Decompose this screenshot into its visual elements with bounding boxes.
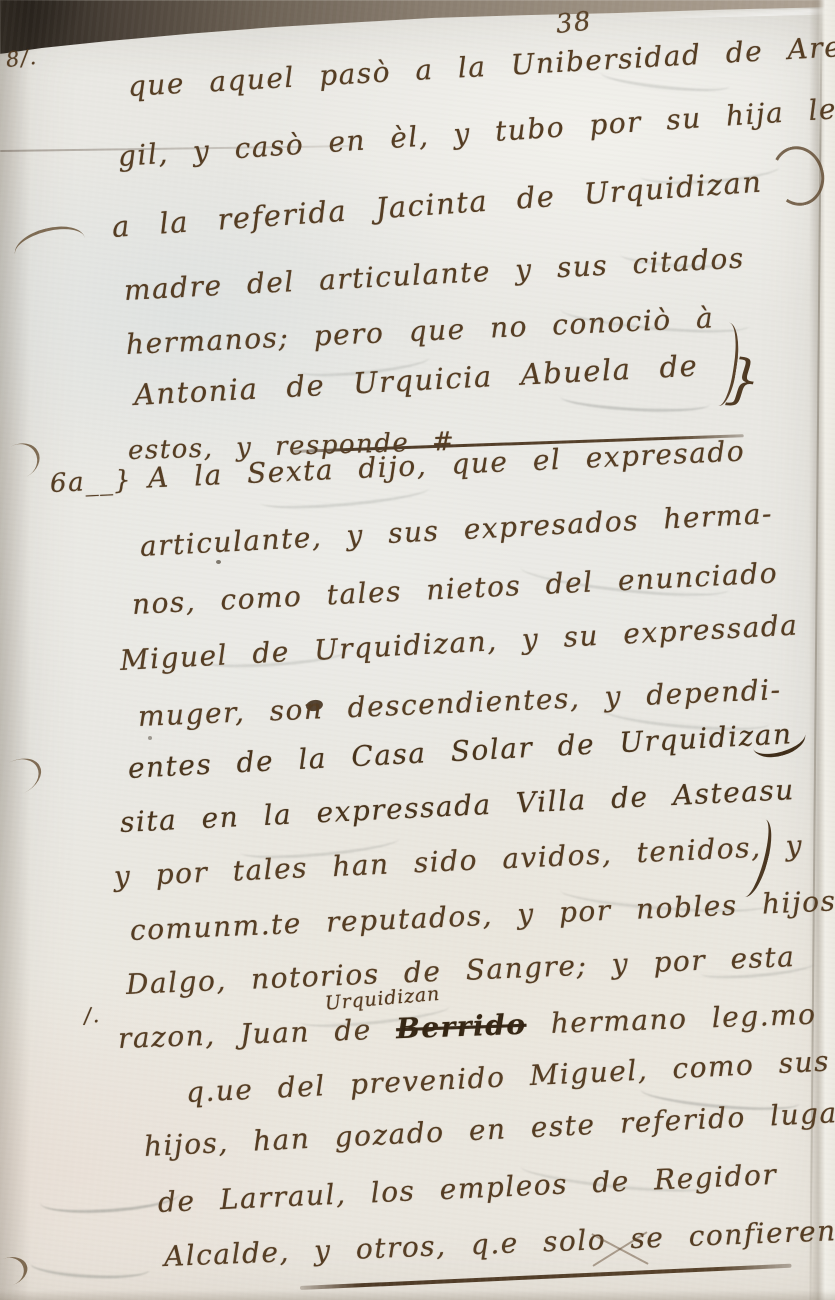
pen-brace: } <box>723 346 764 412</box>
section-marker: 6a__} <box>49 465 132 499</box>
manuscript-line: nos, como tales nietos del enunciado <box>131 556 779 621</box>
manuscript-line: q.ue del prevenido Miguel, como sus <box>185 1045 830 1109</box>
manuscript-line: que aquel pasò a la Unibersidad de Are- <box>127 29 835 102</box>
margin-mark: 8/. <box>5 45 39 72</box>
manuscript-line: comunm.te reputados, y por nobles hijos- <box>129 884 835 947</box>
manuscript-line: de Larraul, los empleos de Regidor <box>157 1158 778 1219</box>
manuscript-line: madre del articulante y sus citados <box>123 242 745 307</box>
manuscript-line: Alcalde, y otros, q.e solo se confieren <box>163 1214 835 1273</box>
manuscript-line: y por tales han sido avidos, tenidos, y <box>113 829 803 893</box>
correction-after: hermano leg.mo <box>550 998 817 1040</box>
margin-pen-stroke <box>11 220 90 273</box>
margin-pen-stroke <box>0 751 47 804</box>
pen-flourish <box>766 141 831 212</box>
margin-mark: /. <box>83 1003 101 1028</box>
manuscript-line: Dalgo, notorios de Sangre; y por esta <box>125 940 796 1001</box>
manuscript-line: sita en la expressada Villa de Asteasu <box>119 773 795 839</box>
paper-speck <box>148 736 152 740</box>
left-page-edge <box>0 0 30 1300</box>
struck-word: Berrido <box>396 1008 527 1046</box>
manuscript-line: Antonia de Urquicia Abuela de <box>133 348 699 412</box>
manuscript-line: a la referida Jacinta de Urquidizan <box>111 165 764 244</box>
manuscript-line-with-correction: razon, Juan de Berrido Urquidizan herman… <box>117 998 817 1055</box>
paper-speck <box>216 560 221 564</box>
correction-before: razon, Juan de <box>117 1013 372 1055</box>
bleedthrough-stroke <box>560 386 711 415</box>
bottom-page-edge <box>0 1290 835 1300</box>
margin-pen-stroke <box>0 436 46 486</box>
closing-pen-rule <box>300 1264 792 1290</box>
manuscript-line: articulante, y sus expresados herma- <box>139 497 774 563</box>
margin-pen-stroke <box>0 1252 32 1292</box>
manuscript-line: gil, y casò en èl, y tubo por su hija le… <box>117 88 835 173</box>
manuscript-page: 38 8/. /. que aquel pasò a la Unibersida… <box>0 0 835 1300</box>
manuscript-line: Miguel de Urquidizan, y su expressada <box>119 608 799 677</box>
page-number: 38 <box>554 6 593 40</box>
bleedthrough-stroke <box>29 1252 150 1281</box>
